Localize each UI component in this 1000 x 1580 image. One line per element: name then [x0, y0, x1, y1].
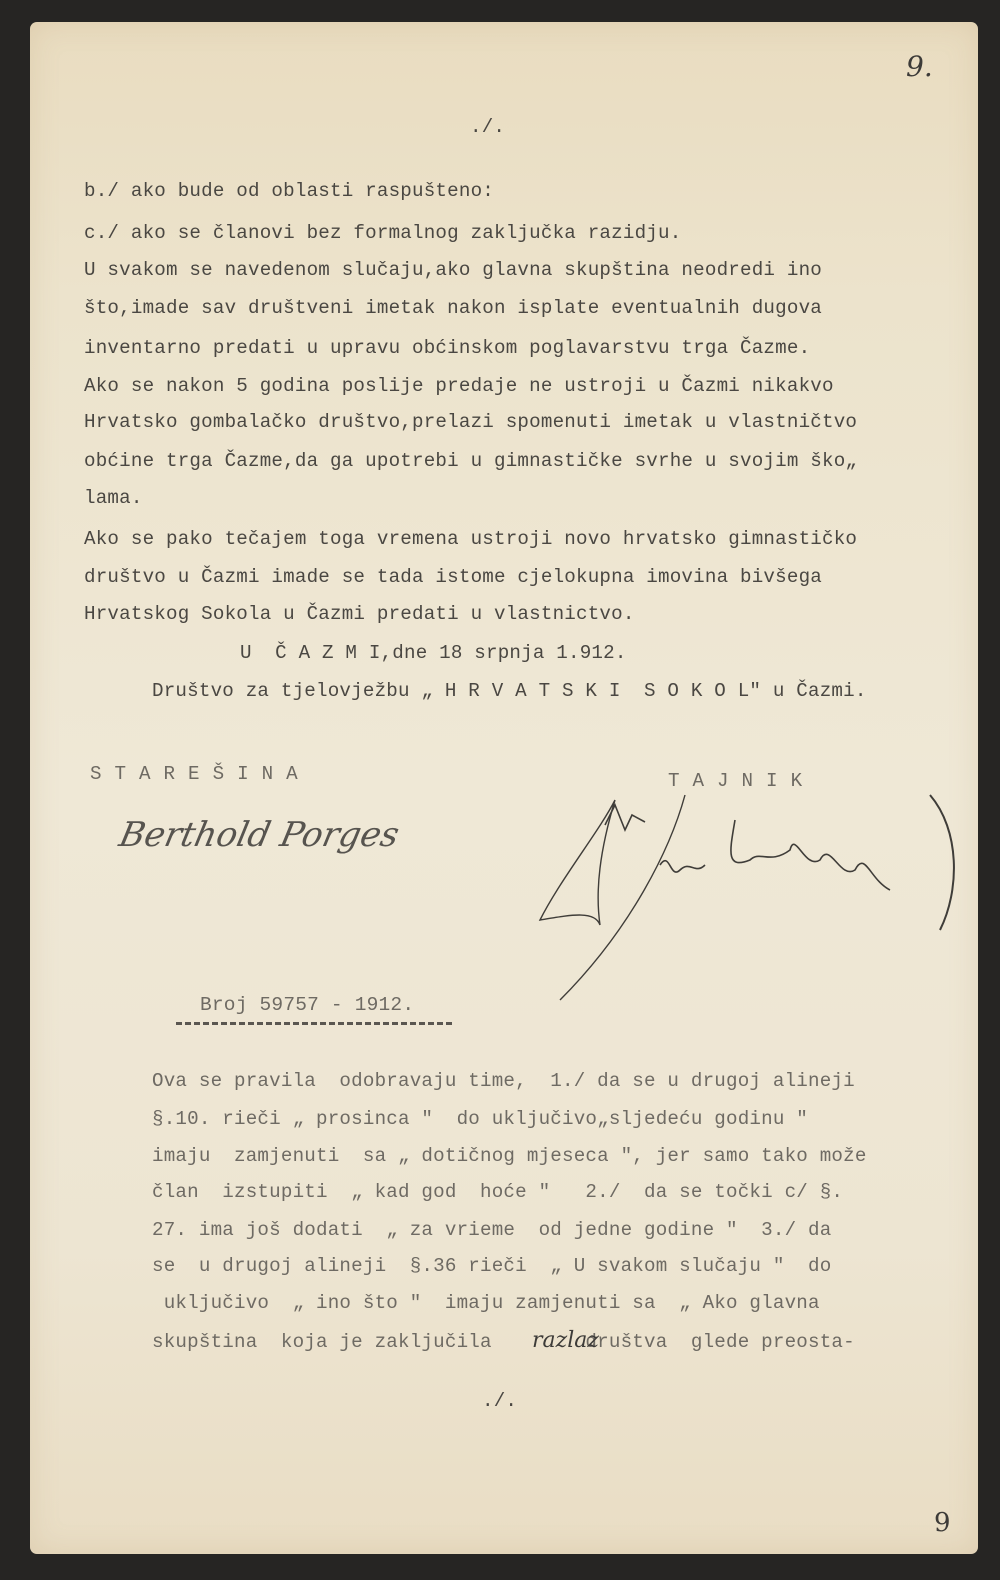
continuation-mark-bottom: ./. — [482, 1390, 517, 1412]
approval-number: Broj 59757 - 1912. — [200, 994, 414, 1016]
folio-number-top: 9. — [906, 50, 933, 83]
approval-line-7: uključivo „ ino što " imaju zamjenuti sa… — [152, 1292, 820, 1314]
statute-line-3: U svakom se navedenom slučaju,ako glavna… — [84, 259, 822, 281]
approval-line-1: Ova se pravila odobravaju time, 1./ da s… — [152, 1070, 855, 1092]
continuation-mark-top: ./. — [470, 116, 505, 138]
society-line: Društvo za tjelovježbu „ H R V A T S K I… — [152, 680, 867, 702]
statute-line-4: što,imade sav društveni imetak nakon isp… — [84, 297, 822, 319]
statute-line-10: Ako se pako tečajem toga vremena ustroji… — [84, 528, 857, 550]
signatory-title-right: TAJNIK — [668, 770, 815, 792]
statute-line-2: c./ ako se članovi bez formalnog zaključ… — [84, 222, 681, 244]
document-page — [30, 22, 978, 1554]
approval-line-6: se u drugoj alineji §.36 rieči „ U svako… — [152, 1255, 831, 1277]
statute-line-1: b./ ako bude od oblasti raspušteno: — [84, 180, 494, 202]
approval-line-3: imaju zamjenuti sa „ dotičnog mjeseca ",… — [152, 1145, 867, 1167]
signature-left: Berthold Porges — [116, 815, 403, 855]
statute-line-6: Ako se nakon 5 godina poslije predaje ne… — [84, 375, 834, 397]
signatory-title-left: STAREŠINA — [90, 763, 311, 785]
approval-line-4: član izstupiti „ kad god hoće " 2./ da s… — [152, 1181, 843, 1203]
statute-line-11: društvo u Čazmi imade se tada istome cje… — [84, 566, 822, 588]
approval-line-2: §.10. rieči „ prosinca " do uključivo„sl… — [152, 1108, 808, 1130]
place-date: U Č A Z M I,dne 18 srpnja 1.912. — [240, 642, 627, 664]
statute-line-5: inventarno predati u upravu obćinskom po… — [84, 337, 810, 359]
signature-right — [520, 790, 970, 1010]
approval-underline — [176, 1022, 452, 1025]
statute-line-8: obćine trga Čazme,da ga upotrebi u gimna… — [84, 450, 857, 472]
approval-line-5: 27. ima još dodati „ za vrieme od jedne … — [152, 1219, 831, 1241]
folio-number-bottom: 9 — [934, 1508, 951, 1538]
approval-line-8: skupština koja je zaključila društva gle… — [152, 1331, 855, 1353]
statute-line-12: Hrvatskog Sokola u Čazmi predati u vlast… — [84, 603, 635, 625]
statute-line-9: lama. — [84, 487, 143, 509]
statute-line-7: Hrvatsko gombalačko društvo,prelazi spom… — [84, 411, 857, 433]
handwritten-insert: razlaz — [532, 1328, 599, 1353]
